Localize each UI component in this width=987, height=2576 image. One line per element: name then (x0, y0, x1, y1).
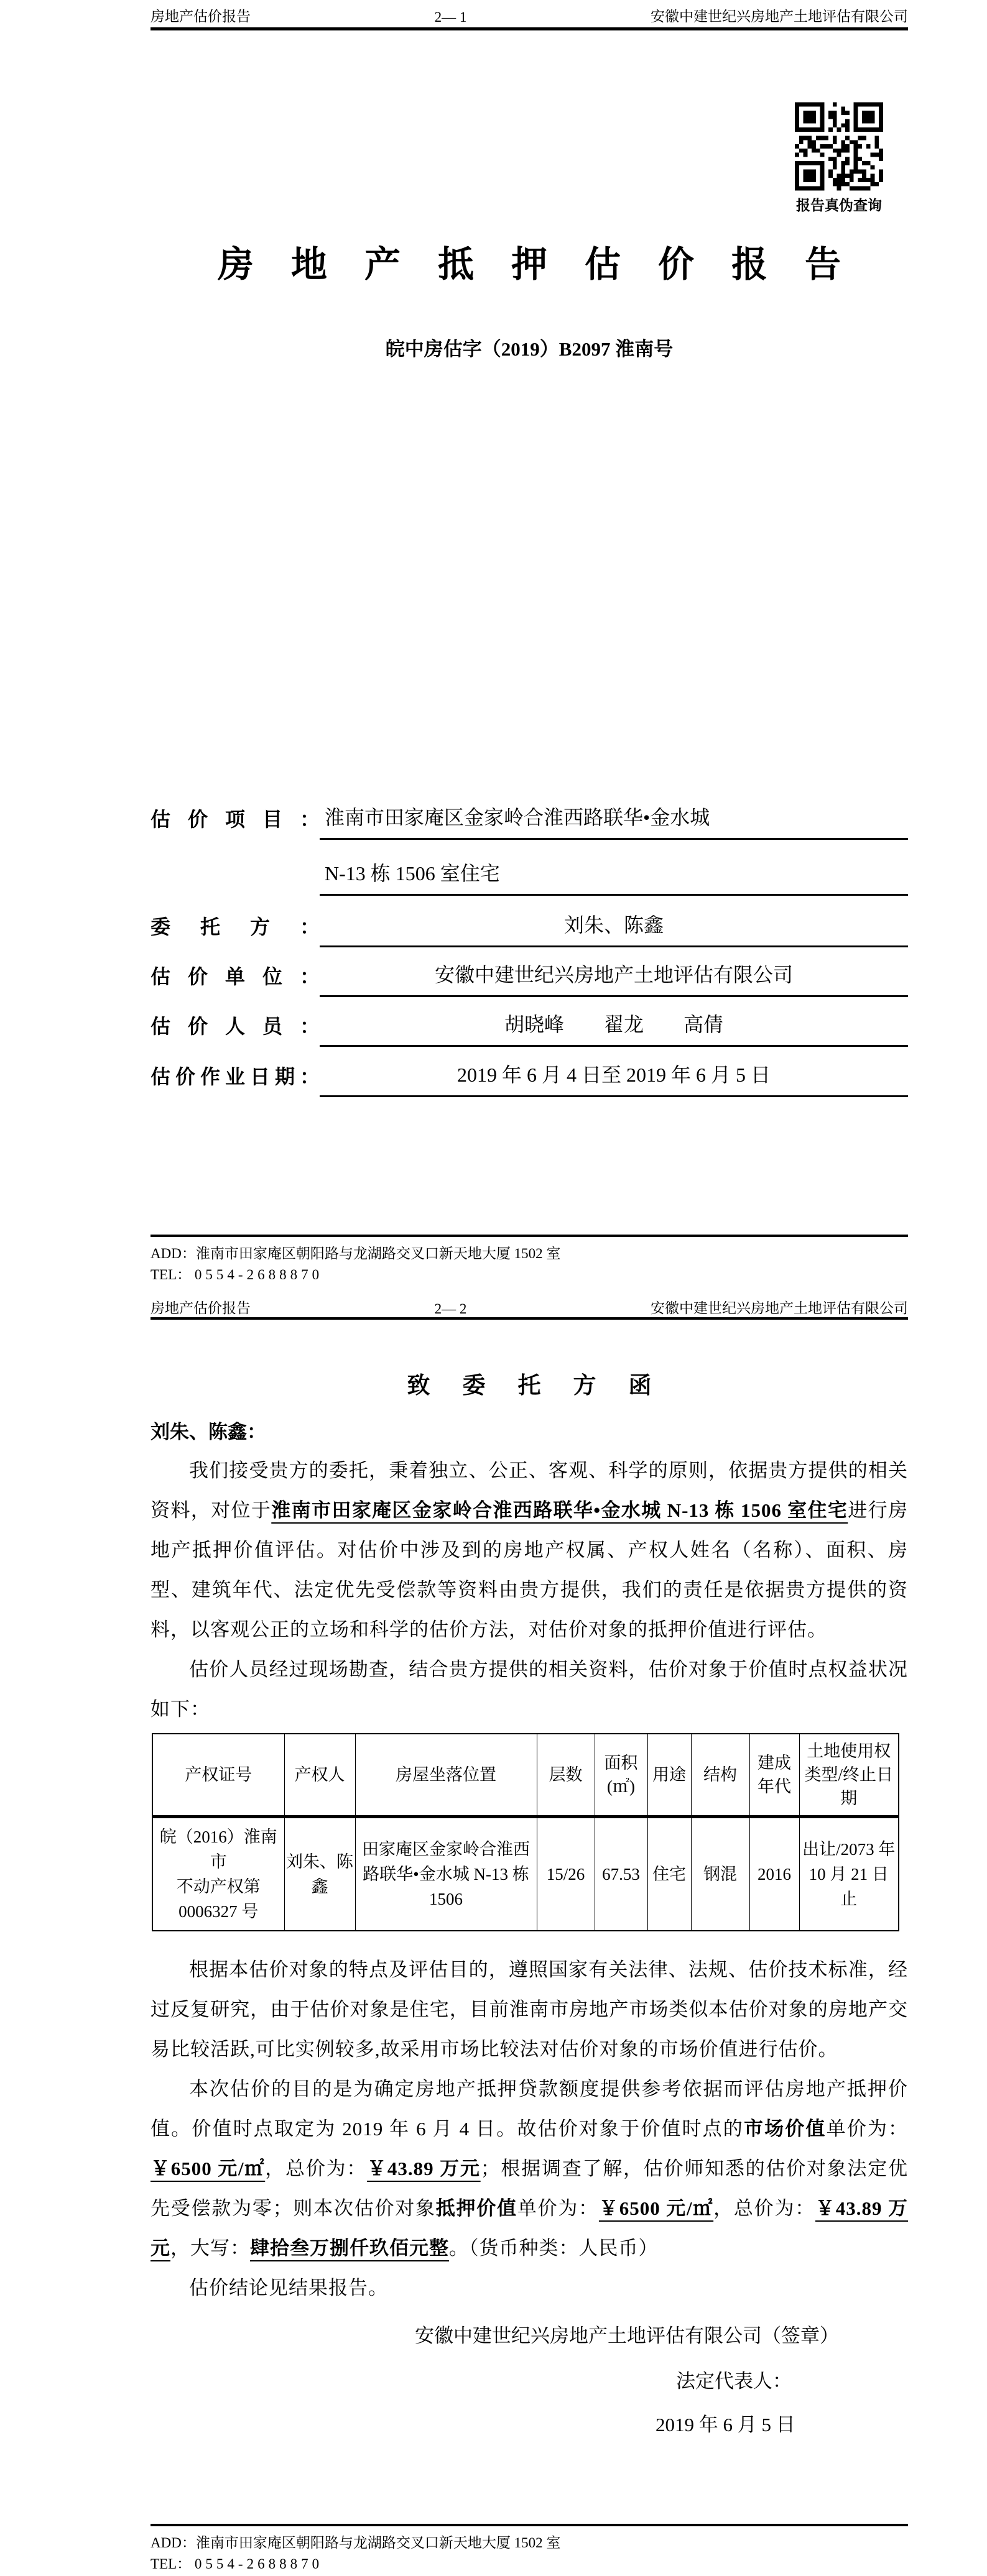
col-use: 用途 (647, 1734, 691, 1817)
paragraph-method: 根据本估价对象的特点及评估目的，遵照国家有关法律、法规、估价技术标准，经过反复研… (151, 1950, 908, 2069)
text-segment: 。（货币种类：人民币） (449, 2237, 659, 2259)
footer-phone: TEL： 0554-2688870 (151, 2552, 908, 2573)
field-client: 委托方： 刘朱、陈鑫 (151, 909, 908, 947)
signature-legal-rep: 法定代表人： (676, 2365, 792, 2393)
letter-body: 我们接受贵方的委托，秉着独立、公正、客观、科学的原则，依据贵方提供的相关资料，对… (151, 1451, 908, 2308)
field-project: 估价项目： 淮南市田家庵区金家岭合淮西路联华•金水城 (151, 802, 908, 840)
col-area: 面积 (㎡) (595, 1734, 647, 1817)
page-header: 房地产估价报告 2— 1 安徽中建世纪兴房地产土地评估有限公司 (151, 5, 908, 25)
header-page-number: 2— 1 (435, 9, 467, 25)
total-price-value: ￥43.89 万元 (367, 2158, 481, 2179)
page-header: 房地产估价报告 2— 2 安徽中建世纪兴房地产土地评估有限公司 (151, 1297, 908, 1317)
letter-addressee: 刘朱、陈鑫： (151, 1416, 266, 1444)
paragraph-survey: 估价人员经过现场勘查，结合贵方提供的相关资料，估价对象于价值时点权益状况如下： (151, 1650, 908, 1729)
amount-in-words: 肆拾叁万捌仟玖佰元整 (250, 2237, 449, 2259)
field-label: 估价人员： (151, 1011, 320, 1047)
phone-value: 0554-2688870 (195, 1267, 323, 1282)
letter-page: 房地产估价报告 2— 2 安徽中建世纪兴房地产土地评估有限公司 致委托方函 刘朱… (0, 1288, 987, 2576)
col-land-right: 土地使用权 类型/终止日 期 (799, 1734, 899, 1817)
text-segment: 单价为： (517, 2197, 599, 2219)
text-segment: ，总价为： (713, 2197, 815, 2219)
paragraph-valuation: 本次估价的目的是为确定房地产抵押贷款额度提供参考依据而评估房地产抵押价值。价值时… (151, 2069, 908, 2268)
field-label: 委托方： (151, 911, 320, 947)
field-value: 淮南市田家庵区金家岭合淮西路联华•金水城 (320, 802, 908, 840)
cell-certificate-no: 皖（2016）淮南市 不动产权第 0006327 号 (152, 1817, 284, 1931)
report-number: 皖中房估字（2019）B2097 淮南号 (151, 333, 908, 361)
address-label: ADD： (151, 1246, 196, 1261)
unit-price-value: ￥6500 元/㎡ (151, 2158, 265, 2179)
text-segment: 估价结论见结果报告。 (189, 2277, 388, 2299)
phone-label: TEL： (151, 1267, 191, 1282)
text-segment: 估价人员经过现场勘查，结合贵方提供的相关资料，估价对象于价值时点权益状况如下： (151, 1658, 908, 1720)
footer-phone: TEL： 0554-2688870 (151, 1263, 908, 1284)
address-value: 淮南市田家庵区朝阳路与龙湖路交叉口新天地大厦 1502 室 (196, 2535, 561, 2551)
table-header-row: 产权证号 产权人 房屋坐落位置 层数 面积 (㎡) 用途 结构 建成 年代 土地… (152, 1734, 899, 1817)
report-title: 房地产抵押估价报告 (151, 235, 908, 287)
field-label: 估价项目： (151, 804, 320, 840)
signature-date: 2019 年 6 月 5 日 (656, 2409, 795, 2437)
phone-value: 0554-2688870 (195, 2556, 323, 2572)
market-value-term: 市场价值 (744, 2118, 827, 2140)
cell-owner: 刘朱、陈 鑫 (284, 1817, 355, 1931)
header-company-name: 安徽中建世纪兴房地产土地评估有限公司 (651, 5, 908, 25)
cell-use: 住宅 (647, 1817, 691, 1931)
qr-code (795, 101, 883, 191)
cover-page: 房地产估价报告 2— 1 安徽中建世纪兴房地产土地评估有限公司 报告真伪查询 房… (0, 0, 987, 1288)
field-appraisal-firm: 估价单位： 安徽中建世纪兴房地产土地评估有限公司 (151, 959, 908, 997)
cell-structure: 钢混 (691, 1817, 749, 1931)
text-segment: ，总价为： (265, 2158, 367, 2179)
header-page-number: 2— 2 (435, 1301, 467, 1317)
header-rule (151, 1317, 908, 1320)
field-label: 估价作业日期： (151, 1061, 320, 1097)
header-doc-type: 房地产估价报告 (151, 5, 251, 25)
cell-floor: 15/26 (537, 1817, 595, 1931)
header-company-name: 安徽中建世纪兴房地产土地评估有限公司 (651, 1297, 908, 1317)
letter-title: 致委托方函 (151, 1366, 908, 1400)
cell-location: 田家庵区金家岭合淮西 路联华•金水城 N-13 栋 1506 (355, 1817, 537, 1931)
property-address-highlight: 淮南市田家庵区金家岭合淮西路联华•金水城 N-13 栋 1506 室住宅 (271, 1499, 848, 1521)
phone-label: TEL： (151, 2556, 191, 2572)
field-value: 刘朱、陈鑫 (320, 909, 908, 947)
unit-price-value: ￥6500 元/㎡ (599, 2197, 713, 2219)
address-label: ADD： (151, 2535, 196, 2551)
field-value: 安徽中建世纪兴房地产土地评估有限公司 (320, 959, 908, 997)
table-row: 皖（2016）淮南市 不动产权第 0006327 号 刘朱、陈 鑫 田家庵区金家… (152, 1817, 899, 1931)
field-project-line2: N-13 栋 1506 室住宅 (151, 858, 908, 896)
col-location: 房屋坐落位置 (355, 1734, 537, 1817)
col-owner: 产权人 (284, 1734, 355, 1817)
report-document: { "page1": { "header": { "left": "房地产估价报… (0, 0, 987, 2576)
field-label: 估价单位： (151, 961, 320, 997)
footer-address: ADD：淮南市田家庵区朝阳路与龙湖路交叉口新天地大厦 1502 室 (151, 1242, 908, 1263)
text-segment: 根据本估价对象的特点及评估目的，遵照国家有关法律、法规、估价技术标准，经过反复研… (151, 1959, 908, 2060)
footer-rule (151, 2524, 908, 2526)
paragraph-intro: 我们接受贵方的委托，秉着独立、公正、客观、科学的原则，依据贵方提供的相关资料，对… (151, 1451, 908, 1650)
header-doc-type: 房地产估价报告 (151, 1297, 251, 1317)
footer-rule (151, 1235, 908, 1237)
cell-area: 67.53 (595, 1817, 647, 1931)
field-label (151, 888, 320, 896)
text-segment: ，大写： (170, 2237, 250, 2259)
signature-company: 安徽中建世纪兴房地产土地评估有限公司（签章） (415, 2320, 839, 2348)
col-year-built: 建成 年代 (749, 1734, 799, 1817)
col-floor: 层数 (537, 1734, 595, 1817)
address-value: 淮南市田家庵区朝阳路与龙湖路交叉口新天地大厦 1502 室 (196, 1246, 561, 1261)
property-table: 产权证号 产权人 房屋坐落位置 层数 面积 (㎡) 用途 结构 建成 年代 土地… (152, 1733, 899, 1931)
cell-year-built: 2016 (749, 1817, 799, 1931)
mortgage-value-term: 抵押价值 (436, 2197, 517, 2219)
cell-land-right: 出让/2073 年 10 月 21 日止 (799, 1817, 899, 1931)
field-value: N-13 栋 1506 室住宅 (320, 858, 908, 896)
header-rule (151, 27, 908, 30)
field-value: 2019 年 6 月 4 日至 2019 年 6 月 5 日 (320, 1059, 908, 1097)
footer-address: ADD：淮南市田家庵区朝阳路与龙湖路交叉口新天地大厦 1502 室 (151, 2531, 908, 2552)
col-structure: 结构 (691, 1734, 749, 1817)
paragraph-conclusion: 估价结论见结果报告。 (151, 2268, 908, 2308)
field-appraisal-dates: 估价作业日期： 2019 年 6 月 4 日至 2019 年 6 月 5 日 (151, 1059, 908, 1097)
field-value: 胡晓峰 翟龙 高倩 (320, 1009, 908, 1047)
qr-caption: 报告真伪查询 (781, 194, 897, 214)
field-appraisers: 估价人员： 胡晓峰 翟龙 高倩 (151, 1009, 908, 1047)
col-certificate-no: 产权证号 (152, 1734, 284, 1817)
text-segment: 单价为： (827, 2118, 908, 2140)
